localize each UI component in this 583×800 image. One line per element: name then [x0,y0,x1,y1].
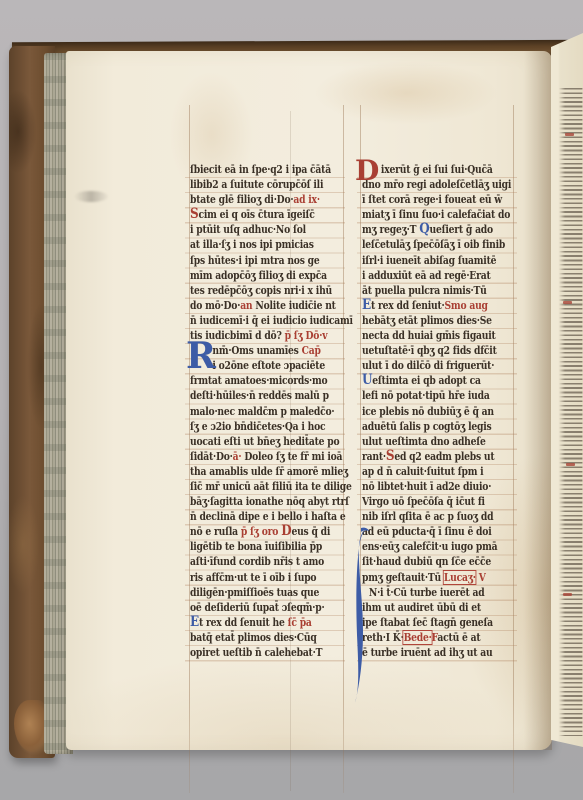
rubric-text: p̄ ſʒ oro [241,525,281,538]
text-line: tha amablis ulde ſr̄ amorē mlieʒ [190,464,343,479]
text-line: do mō·Do·an Nolite iudic̄ie nt [190,298,343,313]
body-text: ſbiecit eā in ſpe·q2 i ipa c̄ātā [190,163,331,176]
text-line: ice plebis nō dubiūʒ ē q̄ an [362,404,515,419]
blue-initial-i-flourish [354,527,370,709]
text-line: ipe ſtabat ſec̄ ſtagn̄ geneſa [362,615,515,630]
rubric-text: p̄ ſʒ [285,329,306,342]
body-text: eus q̄ di [291,525,330,538]
body-text: tes redēpc̄ōʒ copis nri·i x ihū [190,284,332,297]
body-text: Virgo uō ſpec̄ōſa q̄ ic̄ut fi [362,495,485,508]
body-text: ens·eūʒ calefc̄it·u iugo pmā [362,540,497,553]
body-text: uocati eſti ut bn̄eʒ hedit̄ate po [190,435,339,448]
body-text: pmʒ geſtauit·Tū [362,571,444,584]
text-line: mīm adopc̄ōʒ filioʒ di expc̄a [190,268,343,283]
body-text: leſc̄etulāʒ ſpec̄ōſāʒ ī oib finib [362,238,505,251]
body-text: nm̄·Oms unamīes [212,344,301,357]
text-line: ī ſtet corā rege·i foueat eū w̄ [362,192,515,207]
body-text: do mō·Do· [190,299,240,312]
text-line: ē turbe iruēnt ad ihʒ ut au [362,645,515,660]
body-text: t rex dd ſeniut· [371,299,445,312]
body-text: ſidāt·Do· [190,450,233,463]
body-text: ulut ī do dilc̄ō di friguerūt· [362,359,494,372]
text-line: nib iſrl qſita ē ac p ſuoʒ dd [362,509,515,524]
text-line: ſbiecit eā in ſpe·q2 i ipa c̄ātā [190,162,343,177]
body-text: nō libtet·huit ī ad2e diuio· [362,480,491,493]
rubric-text: ā· [233,450,245,463]
body-text: i ptūit uſq adhuc·No ſol [190,223,306,236]
text-line: ſit·haud dubiū qn ſc̄e ec̄c̄e [362,554,515,569]
body-text: rant· [362,450,386,463]
rubric-text: S [386,448,394,464]
rubric-text: Dō·v [306,329,328,342]
rubric-text: ad ix· [293,193,319,206]
text-line: n̄ declinā dipe e i bello i haſta e [190,509,343,524]
manuscript-verso-page: ſbiecit eā in ſpe·q2 i ipa c̄ātālibib2 a… [66,51,552,750]
text-line: nō e ruſla p̄ ſʒ oro Deus q̄ di [190,524,343,539]
text-line: N·i t̄·Cū turbe iuerēt ad [362,585,515,600]
text-line: dno mr̄o regi adoleſc̄etlāʒ uigi [362,177,515,192]
body-text: ſit·haud dubiū qn ſc̄e ec̄c̄e [362,555,491,568]
body-text: Nolite iudic̄ie nt [255,299,335,312]
text-line: ens·eūʒ calefc̄it·u iugo pmā [362,539,515,554]
text-line: aduētū ſalis p cogtōʒ legis [362,419,515,434]
body-text: nō e ruſla [190,525,241,538]
rubric-text: Lucaʒ· [444,571,476,584]
text-line: ulut ī do dilc̄ō di friguerūt· [362,358,515,373]
body-text: btate glē filioʒ di·Do· [190,193,293,206]
body-text: mʒ regeʒ·T [362,223,419,236]
body-text: oē deſideriū ſupat̄ ɔſeqm̄·p· [190,601,324,614]
body-text: cim ei q oīs c̄tura īgeiſc̄ [198,208,314,221]
text-line: miatʒ ī ſinu ſuo·i calefac̄iat do [362,207,515,222]
body-text: miatʒ ī ſinu ſuo·i calefac̄iat do [362,208,510,221]
worn-leather-corner [14,700,48,752]
body-text: eſtimta ei qb adopt ca [372,374,480,387]
text-line: ſʒ e ɔ2io bn̄dic̄etes·Qa i hoc [190,419,343,434]
body-text: dno mr̄o regi adoleſc̄etlāʒ uigi [362,178,511,191]
body-text: lefi nō potat·tipū hr̄e iuda [362,389,490,402]
faint-pencil-mark [74,191,108,202]
rubric-speck [565,133,574,136]
body-text: t rex dd ſenuit he [199,616,288,629]
body-text: ihm ut audiret ūbū di et [362,601,481,614]
text-line: ligētib te bona īuiſibilia p̄p [190,539,343,554]
body-text: hebātʒ etāt plimos dies·Se [362,314,492,327]
text-line: Virgo uō ſpec̄ōſa q̄ ic̄ut fi [362,494,515,509]
body-text: necta dd huiai gm̄is figauit [362,329,496,342]
text-line: opiret ueſtib n̄ calehebat·T [190,645,343,660]
text-line: oē deſideriū ſupat̄ ɔſeqm̄·p· [190,600,343,615]
rubric-text: Cap̄ [302,344,321,357]
rubric-speck [566,463,575,466]
body-text: ſic̄ mr̄ unicū aāt filiū ita te dilige [190,480,352,493]
text-line: uocati eſti ut bn̄eʒ hedit̄ate po [190,434,343,449]
gutter-shadow [524,50,552,750]
text-column-right: ixerūt ḡ ei ſui ſui·Quc̄ādno mr̄o regi a… [362,162,540,660]
body-text: at illa·ſʒ i nos ipi pmicias [190,238,314,251]
body-text: i adduxiūt eā ad regē·Erat [362,269,491,282]
text-line: btate glē filioʒ di·Do·ad ix· [190,192,343,207]
body-text: aduētū ſalis p cogtōʒ legis [362,420,492,433]
body-text: batq̄ etat̄ plimos dies·Cūq [190,631,317,644]
text-line: āt puella pulcra nimis·Tū [362,283,515,298]
body-text: Doleo ſʒ te fr̄ mi ioā [244,450,342,463]
body-text: ē turbe iruēnt ad ihʒ ut au [362,646,492,659]
body-text: n̄ iudicemī·i q̄ ei iudicio iudicamī [190,314,353,327]
body-text: ris affc̄m·ut te ī oīb i ſupo [190,571,316,584]
text-line: leſc̄etulāʒ ſpec̄ōſāʒ ī oib finib [362,237,515,252]
body-text: ed q2 eadm plebs ut [394,450,494,463]
body-text: N·i t̄·Cū turbe iuerēt ad [369,586,485,599]
text-line: batq̄ etat̄ plimos dies·Cūq [190,630,343,645]
text-line: pmʒ geſtauit·Tū Lucaʒ· V [362,570,515,585]
text-line: ſic̄ mr̄ unicū aāt filiū ita te dilige [190,479,343,494]
text-lines: ſbiecit eā in ſpe·q2 i ipa c̄ātālibib2 a… [190,162,343,660]
rubric-speck [563,301,572,304]
body-text: aſti·īfund cordib nr̄is t amo [190,555,324,568]
body-text: ueſiert ḡ ado [429,223,492,236]
blue-initial-text: U [362,372,372,388]
body-text: uetuſtatē·ī qbʒ q2 fids dfc̄it [362,344,497,357]
body-text: ap d n̄ caluit·ſuitut ſpm i [362,465,483,478]
body-text: tha amablis ulde ſr̄ amorē mlieʒ [190,465,348,478]
text-line: ad eū pducta·q̄ ī ſinu ē doi [362,524,515,539]
body-text: i o2ōne eſtote ɔpaciēte [212,359,325,372]
text-line: n̄ iudicemī·i q̄ ei iudicio iudicamī [190,313,343,328]
rubric-text: S [190,206,198,222]
body-text: deſti·hūiles·n̄ reddēs malū p [190,389,329,402]
text-line: mʒ regeʒ·T Queſiert ḡ ado [362,222,515,237]
body-text: ixerūt ḡ ei ſui ſui·Quc̄ā [381,163,493,176]
body-text: bāʒ·ſagitta ionathe nōq abyt rtrſ [190,495,349,508]
body-text: ſps hūtes·i ipi mtra nos ge [190,254,320,267]
text-line: deſti·hūiles·n̄ reddēs malū p [190,388,343,403]
text-line: hebātʒ etāt plimos dies·Se [362,313,515,328]
text-line: i ptūit uſq adhuc·No ſol [190,222,343,237]
text-line: diligēn·pmiſſioēs tuas que [190,585,343,600]
body-text: ad eū pducta·q̄ ī ſinu ē doi [362,525,491,538]
body-text: diligēn·pmiſſioēs tuas que [190,586,319,599]
text-line: Et rex dd ſeniut·Smo aug [362,298,515,313]
rubric-text: Smo aug [445,299,488,312]
text-line: Et rex dd ſenuit he ſc̄ p̄a [190,615,343,630]
text-line: i adduxiūt eā ad regē·Erat [362,268,515,283]
text-line: bāʒ·ſagitta ionathe nōq abyt rtrſ [190,494,343,509]
body-text: ī ſtet corā rege·i foueat eū w̄ [362,193,502,206]
text-line: rant·Sed q2 eadm plebs ut [362,449,515,464]
body-text: actū ē at [437,631,480,644]
body-text: āt puella pulcra nimis·Tū [362,284,487,297]
facing-page-text-texture [559,88,583,736]
body-text: malo·nec maldc̄m p maledc̄o· [190,405,334,418]
body-text: iſrl·i iueneīt abiſag ſuamitē [362,254,496,267]
body-text: ulut ueſtimta dno adheſe [362,435,486,448]
text-line: lefi nō potat·tipū hr̄e iuda [362,388,515,403]
text-line: ulut ueſtimta dno adheſe [362,434,515,449]
text-line: uetuſtatē·ī qbʒ q2 fids dfc̄it [362,343,515,358]
photograph-of-manuscript: ſbiecit eā in ſpe·q2 i ipa c̄ātālibib2 a… [0,0,583,800]
rubric-text: V [476,571,486,584]
text-line: ihm ut audiret ūbū di et [362,600,515,615]
text-line: iſrl·i iueneīt abiſag ſuamitē [362,253,515,268]
text-line: nō libtet·huit ī ad2e diuio· [362,479,515,494]
text-line: ixerūt ḡ ei ſui ſui·Quc̄ā [362,162,515,177]
text-line: at illa·ſʒ i nos ipi pmicias [190,237,343,252]
text-line: ſidāt·Do·ā· Doleo ſʒ te fr̄ mi ioā [190,449,343,464]
text-line: reth·I K̄·Bede·Factū ē at [362,630,515,645]
body-text: libib2 a ſuitute cōrupc̄ōſ ili [190,178,323,191]
text-line: ris affc̄m·ut te ī oīb i ſupo [190,570,343,585]
body-text: ipe ſtabat ſec̄ ſtagn̄ geneſa [362,616,493,629]
body-text: opiret ueſtib n̄ calehebat·T [190,646,322,659]
rubric-text: ſc̄ p̄a [288,616,312,629]
rubric-text: Bede· [404,631,432,644]
blue-initial-text: Q [419,221,429,237]
body-text: ice plebis nō dubiūʒ ē q̄ an [362,405,494,418]
text-line: ſps hūtes·i ipi mtra nos ge [190,253,343,268]
text-line: tes redēpc̄ōʒ copis nri·i x ihū [190,283,343,298]
rubric-text: an [240,299,255,312]
rubric-text: D [281,523,291,539]
lombardic-initial-r: R [186,340,216,372]
text-line: malo·nec maldc̄m p maledc̄o· [190,404,343,419]
body-text: ſʒ e ɔ2io bn̄dic̄etes·Qa i hoc [190,420,325,433]
lombardic-initial-d: D [355,158,379,183]
text-line: aſti·īfund cordib nr̄is t amo [190,554,343,569]
text-line: Scim ei q oīs c̄tura īgeiſc̄ [190,207,343,222]
body-text: n̄ declinā dipe e i bello i haſta e [190,510,346,523]
body-text: ligētib te bona īuiſibilia p̄p [190,540,322,553]
text-lines: ixerūt ḡ ei ſui ſui·Quc̄ādno mr̄o regi a… [362,162,515,660]
text-line: libib2 a ſuitute cōrupc̄ōſ ili [190,177,343,192]
text-line: Ueſtimta ei qb adopt ca [362,373,515,388]
facing-page-curved-edge [551,33,583,747]
rubric-speck [563,593,572,596]
text-column-left: ſbiecit eā in ſpe·q2 i ipa c̄ātālibib2 a… [190,162,368,660]
body-text: mīm adopc̄ōʒ filioʒ di expc̄a [190,269,327,282]
text-line: necta dd huiai gm̄is figauit [362,328,515,343]
body-text: nib iſrl qſita ē ac p ſuoʒ dd [362,510,493,523]
text-line: ap d n̄ caluit·ſuitut ſpm i [362,464,515,479]
